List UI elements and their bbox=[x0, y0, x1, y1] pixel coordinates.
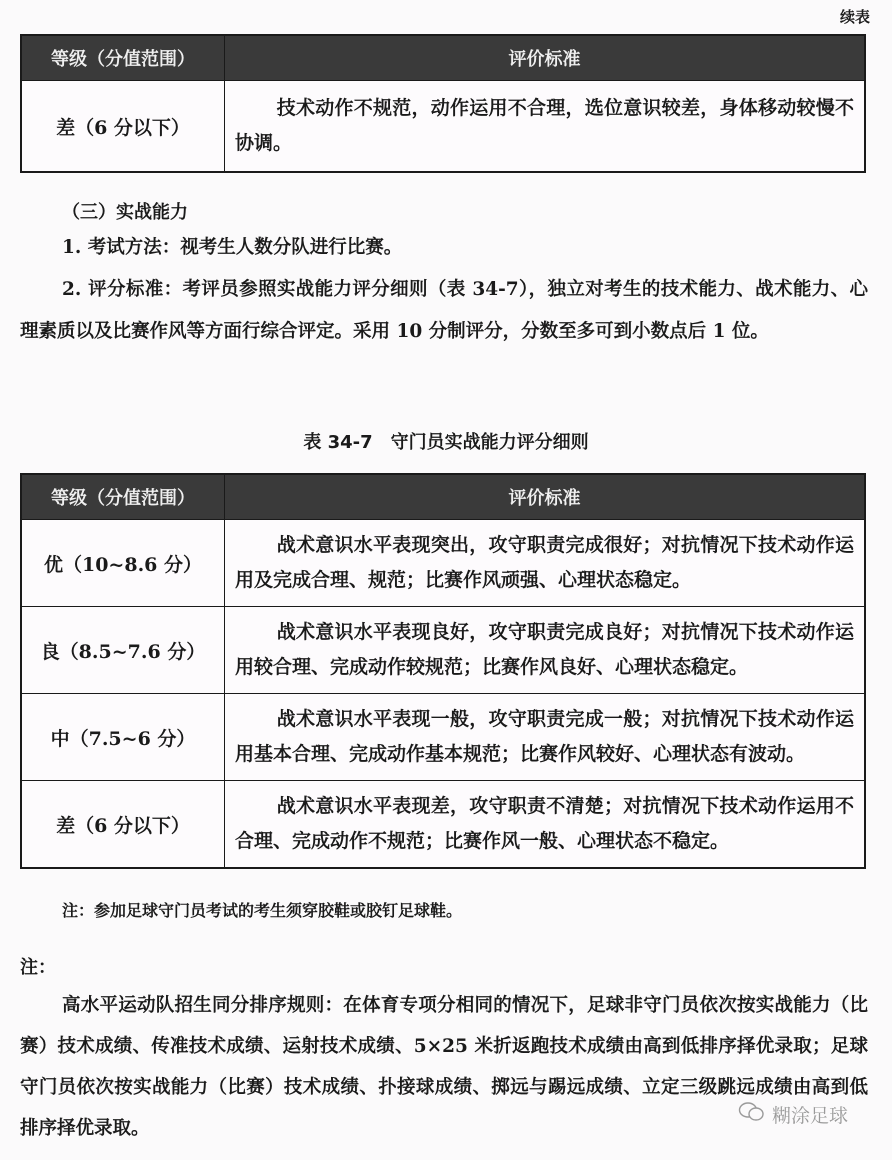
goalkeeper-scoring-table: 等级（分值范围） 评价标准 优（10~8.6 分） 战术意识水平表现突出，攻守职… bbox=[20, 473, 866, 869]
wechat-icon bbox=[738, 1101, 766, 1128]
scoring-standard: 2. 评分标准：考评员参照实战能力评分细则（表 34-7），独立对考生的技术能力… bbox=[20, 269, 868, 353]
table-caption: 表 34-7 守门员实战能力评分细则 bbox=[0, 428, 892, 454]
watermark: 糊涂足球 bbox=[738, 1101, 848, 1128]
watermark-text: 糊涂足球 bbox=[772, 1101, 848, 1128]
grade-level: 优（10~8.6 分） bbox=[21, 520, 225, 607]
header-criteria: 评价标准 bbox=[225, 474, 866, 520]
grade-level: 差（6 分以下） bbox=[21, 781, 225, 869]
grade-criteria: 技术动作不规范，动作运用不合理，选位意识较差，身体移动较慢不协调。 bbox=[225, 81, 866, 173]
note-label: 注： bbox=[20, 953, 56, 979]
grade-criteria: 战术意识水平表现一般，攻守职责完成一般；对抗情况下技术动作运用基本合理、完成动作… bbox=[225, 694, 866, 781]
grade-level: 差（6 分以下） bbox=[21, 81, 225, 173]
grade-criteria: 战术意识水平表现突出，攻守职责完成很好；对抗情况下技术动作运用及完成合理、规范；… bbox=[225, 520, 866, 607]
table-row: 差（6 分以下） 战术意识水平表现差，攻守职责不清楚；对抗情况下技术动作运用不合… bbox=[21, 781, 865, 869]
grade-level: 中（7.5~6 分） bbox=[21, 694, 225, 781]
exam-method: 1. 考试方法：视考生人数分队进行比赛。 bbox=[20, 227, 868, 269]
grade-criteria: 战术意识水平表现良好，攻守职责完成良好；对抗情况下技术动作运用较合理、完成动作较… bbox=[225, 607, 866, 694]
continued-grade-table: 等级（分值范围） 评价标准 差（6 分以下） 技术动作不规范，动作运用不合理，选… bbox=[20, 34, 866, 173]
header-level: 等级（分值范围） bbox=[21, 474, 225, 520]
table-footnote: 注：参加足球守门员考试的考生须穿胶鞋或胶钉足球鞋。 bbox=[62, 898, 462, 921]
section-heading: （三）实战能力 bbox=[62, 198, 188, 224]
continued-table-label: 续表 bbox=[840, 6, 870, 27]
table-row: 良（8.5~7.6 分） 战术意识水平表现良好，攻守职责完成良好；对抗情况下技术… bbox=[21, 607, 865, 694]
table-row: 优（10~8.6 分） 战术意识水平表现突出，攻守职责完成很好；对抗情况下技术动… bbox=[21, 520, 865, 607]
grade-level: 良（8.5~7.6 分） bbox=[21, 607, 225, 694]
table-row: 差（6 分以下） 技术动作不规范，动作运用不合理，选位意识较差，身体移动较慢不协… bbox=[21, 81, 865, 173]
header-criteria: 评价标准 bbox=[225, 35, 866, 81]
header-level: 等级（分值范围） bbox=[21, 35, 225, 81]
grade-criteria: 战术意识水平表现差，攻守职责不清楚；对抗情况下技术动作运用不合理、完成动作不规范… bbox=[225, 781, 866, 869]
table-header-row: 等级（分值范围） 评价标准 bbox=[21, 474, 865, 520]
table-row: 中（7.5~6 分） 战术意识水平表现一般，攻守职责完成一般；对抗情况下技术动作… bbox=[21, 694, 865, 781]
table-header-row: 等级（分值范围） 评价标准 bbox=[21, 35, 865, 81]
